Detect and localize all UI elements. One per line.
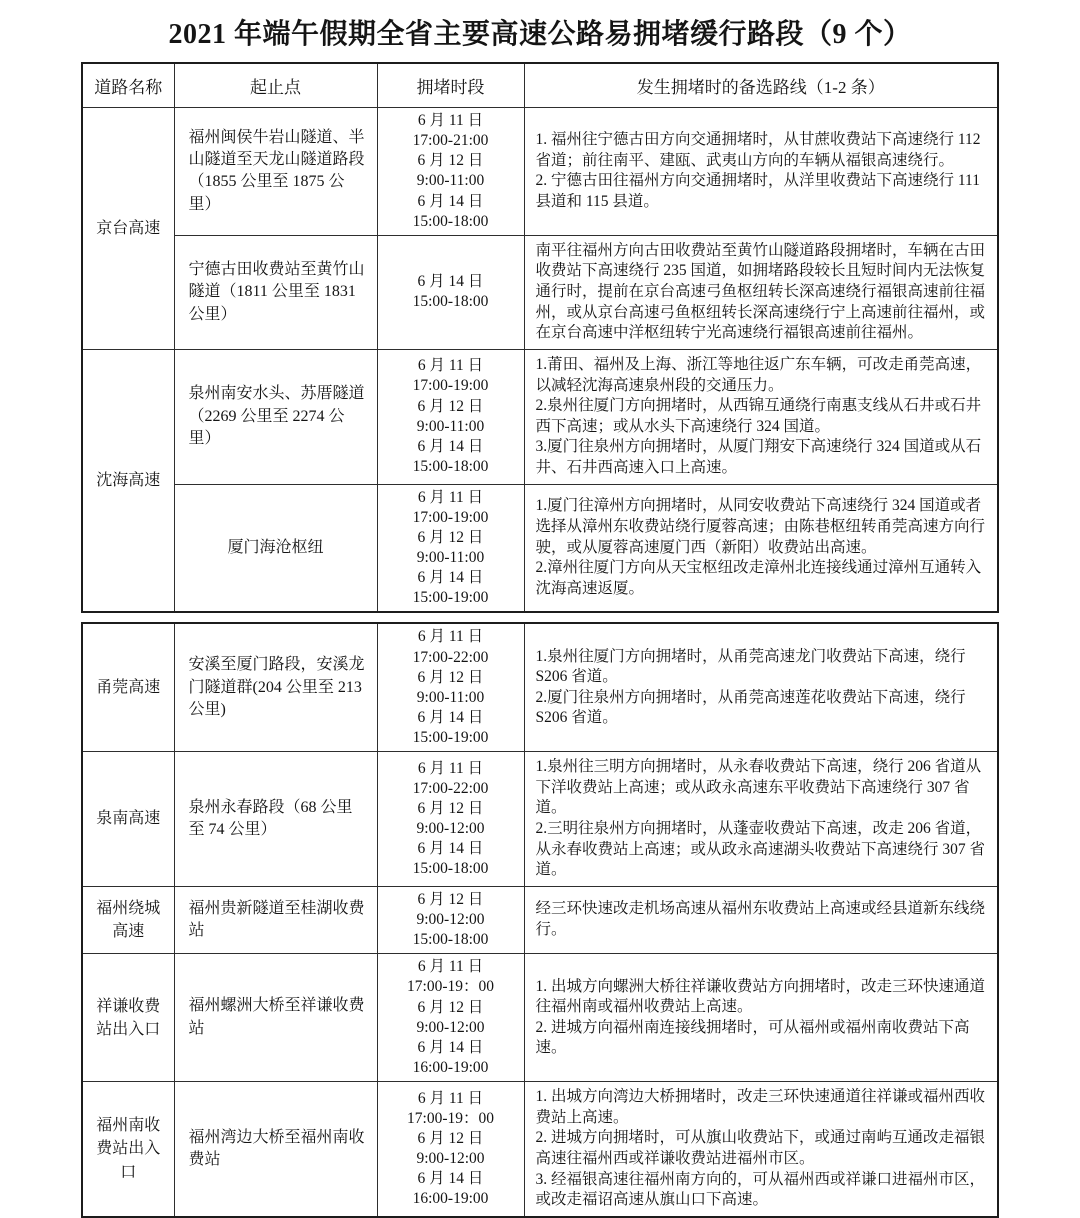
time-period-cell: 6 月 11 日17:00-19:006 月 12 日9:00-11:006 月… <box>377 484 524 612</box>
segment-cell: 福州贵新隧道至桂湖收费站 <box>174 886 377 953</box>
time-line: 6 月 12 日 <box>380 890 522 910</box>
route-item: 2.漳州往厦门方向从天宝枢纽改走漳州北连接线通过漳州互通转入沈海高速返厦。 <box>536 558 990 599</box>
alt-route-cell: 1.莆田、福州及上海、浙江等地往返广东车辆，可改走甬莞高速，以减轻沈海高速泉州段… <box>524 349 998 484</box>
time-line: 17:00-21:00 <box>380 131 522 151</box>
time-line: 15:00-18:00 <box>380 212 522 232</box>
time-line: 9:00-11:00 <box>380 417 522 437</box>
time-line: 6 月 12 日 <box>380 668 522 688</box>
time-period-cell: 6 月 14 日15:00-18:00 <box>377 235 524 349</box>
time-line: 6 月 11 日 <box>380 759 522 779</box>
time-line: 6 月 12 日 <box>380 397 522 417</box>
time-line: 6 月 11 日 <box>380 488 522 508</box>
road-name-cell: 祥谦收费站出入口 <box>82 954 174 1082</box>
time-line: 9:00-11:00 <box>380 688 522 708</box>
table-row: 福州绕城高速福州贵新隧道至桂湖收费站6 月 12 日9:00-12:0015:0… <box>82 886 998 953</box>
time-line: 6 月 14 日 <box>380 568 522 588</box>
time-line: 15:00-19:00 <box>380 588 522 608</box>
time-line: 6 月 14 日 <box>380 1169 522 1189</box>
time-line: 15:00-19:00 <box>380 728 522 748</box>
segment-cell: 泉州永春路段（68 公里至 74 公里） <box>174 752 377 887</box>
road-name-cell: 京台高速 <box>82 108 174 350</box>
time-line: 9:00-12:00 <box>380 1149 522 1169</box>
time-line: 6 月 11 日 <box>380 1089 522 1109</box>
document-page: 2021 年端午假期全省主要高速公路易拥堵缓行路段（9 个） 道路名称起止点拥堵… <box>0 0 1080 1218</box>
header-cell-2: 起止点 <box>174 63 377 108</box>
time-line: 6 月 14 日 <box>380 437 522 457</box>
route-item: 2. 进城方向福州南连接线拥堵时，可从福州或福州南收费站下高速。 <box>536 1018 990 1059</box>
route-item: 1.泉州往厦门方向拥堵时，从甬莞高速龙门收费站下高速，绕行 S206 省道。 <box>536 647 990 688</box>
time-period-cell: 6 月 11 日17:00-19：006 月 12 日9:00-12:006 月… <box>377 954 524 1082</box>
time-line: 15:00-18:00 <box>380 859 522 879</box>
time-line: 6 月 11 日 <box>380 957 522 977</box>
time-line: 17:00-19:00 <box>380 376 522 396</box>
route-item: 1. 出城方向湾边大桥拥堵时，改走三环快速通道往祥谦或福州西收费站上高速。 <box>536 1087 990 1128</box>
time-period-cell: 6 月 11 日17:00-22:006 月 12 日9:00-12:006 月… <box>377 752 524 887</box>
alt-route-cell: 1.泉州往厦门方向拥堵时，从甬莞高速龙门收费站下高速，绕行 S206 省道。2.… <box>524 623 998 751</box>
table-row: 京台高速福州闽侯牛岩山隧道、半山隧道至天龙山隧道路段（1855 公里至 1875… <box>82 108 998 236</box>
header-cell-1: 道路名称 <box>82 63 174 108</box>
congestion-table-block-2: 甬莞高速安溪至厦门路段，安溪龙门隧道群(204 公里至 213 公里)6 月 1… <box>81 622 999 1217</box>
route-item: 经三环快速改走机场高速从福州东收费站上高速或经县道新东线绕行。 <box>536 899 990 940</box>
route-item: 1.厦门往漳州方向拥堵时，从同安收费站下高速绕行 324 国道或者选择从漳州东收… <box>536 496 990 558</box>
time-line: 6 月 11 日 <box>380 356 522 376</box>
table-row: 宁德古田收费站至黄竹山隧道（1811 公里至 1831 公里）6 月 14 日1… <box>82 235 998 349</box>
segment-cell: 安溪至厦门路段，安溪龙门隧道群(204 公里至 213 公里) <box>174 623 377 751</box>
table-row: 甬莞高速安溪至厦门路段，安溪龙门隧道群(204 公里至 213 公里)6 月 1… <box>82 623 998 751</box>
road-name-cell: 泉南高速 <box>82 752 174 887</box>
time-line: 6 月 12 日 <box>380 151 522 171</box>
table-row: 福州南收费站出入口福州湾边大桥至福州南收费站6 月 11 日17:00-19：0… <box>82 1082 998 1217</box>
route-item: 1.莆田、福州及上海、浙江等地往返广东车辆，可改走甬莞高速，以减轻沈海高速泉州段… <box>536 355 990 396</box>
time-line: 6 月 14 日 <box>380 272 522 292</box>
time-line: 6 月 12 日 <box>380 528 522 548</box>
segment-cell: 福州湾边大桥至福州南收费站 <box>174 1082 377 1217</box>
time-line: 16:00-19:00 <box>380 1058 522 1078</box>
time-line: 17:00-22:00 <box>380 648 522 668</box>
segment-cell: 厦门海沧枢纽 <box>174 484 377 612</box>
time-line: 6 月 14 日 <box>380 708 522 728</box>
alt-route-cell: 经三环快速改走机场高速从福州东收费站上高速或经县道新东线绕行。 <box>524 886 998 953</box>
route-item: 1. 出城方向螺洲大桥往祥谦收费站方向拥堵时，改走三环快速通道往福州南或福州收费… <box>536 977 990 1018</box>
time-period-cell: 6 月 11 日17:00-21:006 月 12 日9:00-11:006 月… <box>377 108 524 236</box>
time-line: 16:00-19:00 <box>380 1189 522 1209</box>
time-line: 15:00-18:00 <box>380 292 522 312</box>
time-period-cell: 6 月 11 日17:00-22:006 月 12 日9:00-11:006 月… <box>377 623 524 751</box>
header-cell-3: 拥堵时段 <box>377 63 524 108</box>
route-item: 3. 经福银高速往福州南方向的，可从福州西或祥谦口进福州市区，或改走福诏高速从旗… <box>536 1170 990 1211</box>
time-line: 9:00-12:00 <box>380 819 522 839</box>
time-line: 6 月 12 日 <box>380 799 522 819</box>
table-row: 沈海高速泉州南安水头、苏厝隧道（2269 公里至 2274 公里）6 月 11 … <box>82 349 998 484</box>
segment-cell: 宁德古田收费站至黄竹山隧道（1811 公里至 1831 公里） <box>174 235 377 349</box>
road-name-cell: 福州绕城高速 <box>82 886 174 953</box>
header-cell-4: 发生拥堵时的备选路线（1-2 条） <box>524 63 998 108</box>
time-line: 6 月 14 日 <box>380 839 522 859</box>
time-line: 9:00-11:00 <box>380 548 522 568</box>
alt-route-cell: 南平往福州方向古田收费站至黄竹山隧道路段拥堵时，车辆在古田收费站下高速绕行 23… <box>524 235 998 349</box>
time-line: 6 月 12 日 <box>380 998 522 1018</box>
route-item: 2.厦门往泉州方向拥堵时，从甬莞高速莲花收费站下高速，绕行 S206 省道。 <box>536 688 990 729</box>
time-line: 6 月 12 日 <box>380 1129 522 1149</box>
time-line: 17:00-19：00 <box>380 977 522 997</box>
route-item: 南平往福州方向古田收费站至黄竹山隧道路段拥堵时，车辆在古田收费站下高速绕行 23… <box>536 241 990 344</box>
alt-route-cell: 1.厦门往漳州方向拥堵时，从同安收费站下高速绕行 324 国道或者选择从漳州东收… <box>524 484 998 612</box>
time-line: 15:00-18:00 <box>380 930 522 950</box>
route-item: 1. 福州往宁德古田方向交通拥堵时，从甘蔗收费站下高速绕行 112 省道；前往南… <box>536 130 990 171</box>
alt-route-cell: 1. 出城方向螺洲大桥往祥谦收费站方向拥堵时，改走三环快速通道往福州南或福州收费… <box>524 954 998 1082</box>
header-row: 道路名称起止点拥堵时段发生拥堵时的备选路线（1-2 条） <box>82 63 998 108</box>
route-item: 2.三明往泉州方向拥堵时，从蓬壶收费站下高速，改走 206 省道，从永春收费站上… <box>536 819 990 881</box>
route-item: 1.泉州往三明方向拥堵时，从永春收费站下高速，绕行 206 省道从下洋收费站上高… <box>536 757 990 819</box>
route-item: 2.泉州往厦门方向拥堵时，从西锦互通绕行南惠支线从石井或石井西下高速；或从水头下… <box>536 396 990 437</box>
time-line: 9:00-11:00 <box>380 171 522 191</box>
page-title: 2021 年端午假期全省主要高速公路易拥堵缓行路段（9 个） <box>0 12 1080 52</box>
time-line: 9:00-12:00 <box>380 1018 522 1038</box>
time-line: 6 月 14 日 <box>380 192 522 212</box>
alt-route-cell: 1. 出城方向湾边大桥拥堵时，改走三环快速通道往祥谦或福州西收费站上高速。2. … <box>524 1082 998 1217</box>
route-item: 2. 进城方向拥堵时，可从旗山收费站下，或通过南屿互通改走福银高速往福州西或祥谦… <box>536 1128 990 1169</box>
road-name-cell: 甬莞高速 <box>82 623 174 751</box>
table-row: 祥谦收费站出入口福州螺洲大桥至祥谦收费站6 月 11 日17:00-19：006… <box>82 954 998 1082</box>
time-period-cell: 6 月 12 日9:00-12:0015:00-18:00 <box>377 886 524 953</box>
road-name-cell: 福州南收费站出入口 <box>82 1082 174 1217</box>
segment-cell: 福州闽侯牛岩山隧道、半山隧道至天龙山隧道路段（1855 公里至 1875 公里） <box>174 108 377 236</box>
table-row: 厦门海沧枢纽6 月 11 日17:00-19:006 月 12 日9:00-11… <box>82 484 998 612</box>
time-line: 17:00-19：00 <box>380 1109 522 1129</box>
time-period-cell: 6 月 11 日17:00-19:006 月 12 日9:00-11:006 月… <box>377 349 524 484</box>
time-line: 17:00-19:00 <box>380 508 522 528</box>
segment-cell: 泉州南安水头、苏厝隧道（2269 公里至 2274 公里） <box>174 349 377 484</box>
time-line: 17:00-22:00 <box>380 779 522 799</box>
alt-route-cell: 1. 福州往宁德古田方向交通拥堵时，从甘蔗收费站下高速绕行 112 省道；前往南… <box>524 108 998 236</box>
time-line: 15:00-18:00 <box>380 457 522 477</box>
time-line: 6 月 11 日 <box>380 627 522 647</box>
congestion-tables-container: 道路名称起止点拥堵时段发生拥堵时的备选路线（1-2 条）京台高速福州闽侯牛岩山隧… <box>0 62 1080 1218</box>
road-name-cell: 沈海高速 <box>82 349 174 612</box>
time-line: 6 月 14 日 <box>380 1038 522 1058</box>
time-period-cell: 6 月 11 日17:00-19：006 月 12 日9:00-12:006 月… <box>377 1082 524 1217</box>
time-line: 9:00-12:00 <box>380 910 522 930</box>
segment-cell: 福州螺洲大桥至祥谦收费站 <box>174 954 377 1082</box>
route-item: 2. 宁德古田往福州方向交通拥堵时，从洋里收费站下高速绕行 111 县道和 11… <box>536 171 990 212</box>
route-item: 3.厦门往泉州方向拥堵时，从厦门翔安下高速绕行 324 国道或从石井、石井西高速… <box>536 437 990 478</box>
congestion-table-block-1: 道路名称起止点拥堵时段发生拥堵时的备选路线（1-2 条）京台高速福州闽侯牛岩山隧… <box>81 62 999 613</box>
table-row: 泉南高速泉州永春路段（68 公里至 74 公里）6 月 11 日17:00-22… <box>82 752 998 887</box>
time-line: 6 月 11 日 <box>380 111 522 131</box>
alt-route-cell: 1.泉州往三明方向拥堵时，从永春收费站下高速，绕行 206 省道从下洋收费站上高… <box>524 752 998 887</box>
